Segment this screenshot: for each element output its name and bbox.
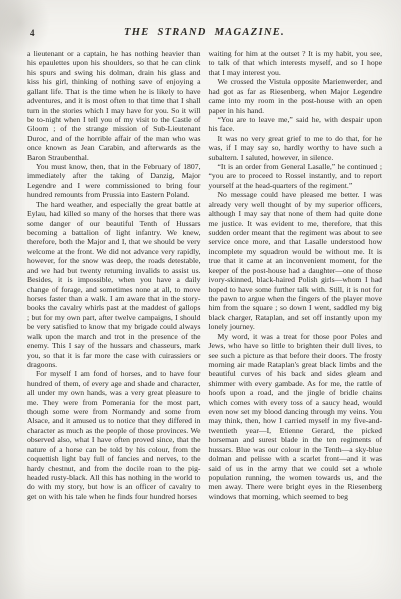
paragraph: For myself I am fond of horses, and to h… [27,369,201,501]
paragraph: a lieutenant or a captain, he has nothin… [27,49,201,162]
left-column: a lieutenant or a captain, he has nothin… [27,49,201,501]
paragraph: No message could have pleased me better.… [209,190,383,331]
paragraph: “You are to leave me,” said he, with des… [209,115,383,134]
paragraph: “It is an order from General Lasalle,” h… [209,162,383,190]
paragraph: waiting for him at the outset ? It is my… [209,49,383,77]
paragraph: We crossed the Vistula opposite Marienwe… [209,77,383,115]
page-header: 4 THE STRAND MAGAZINE. [27,27,382,40]
paragraph: It was no very great grief to me to do t… [209,134,383,162]
paragraph: You must know, then, that in the Februar… [27,162,201,200]
magazine-page: 4 THE STRAND MAGAZINE. a lieutenant or a… [0,0,401,599]
text-columns: a lieutenant or a captain, he has nothin… [27,49,382,501]
paragraph: My word, it was a treat for those poor P… [209,332,383,502]
paragraph: The hard weather, and especially the gre… [27,200,201,370]
right-column: waiting for him at the outset ? It is my… [209,49,383,501]
page-title: THE STRAND MAGAZINE. [27,27,382,38]
